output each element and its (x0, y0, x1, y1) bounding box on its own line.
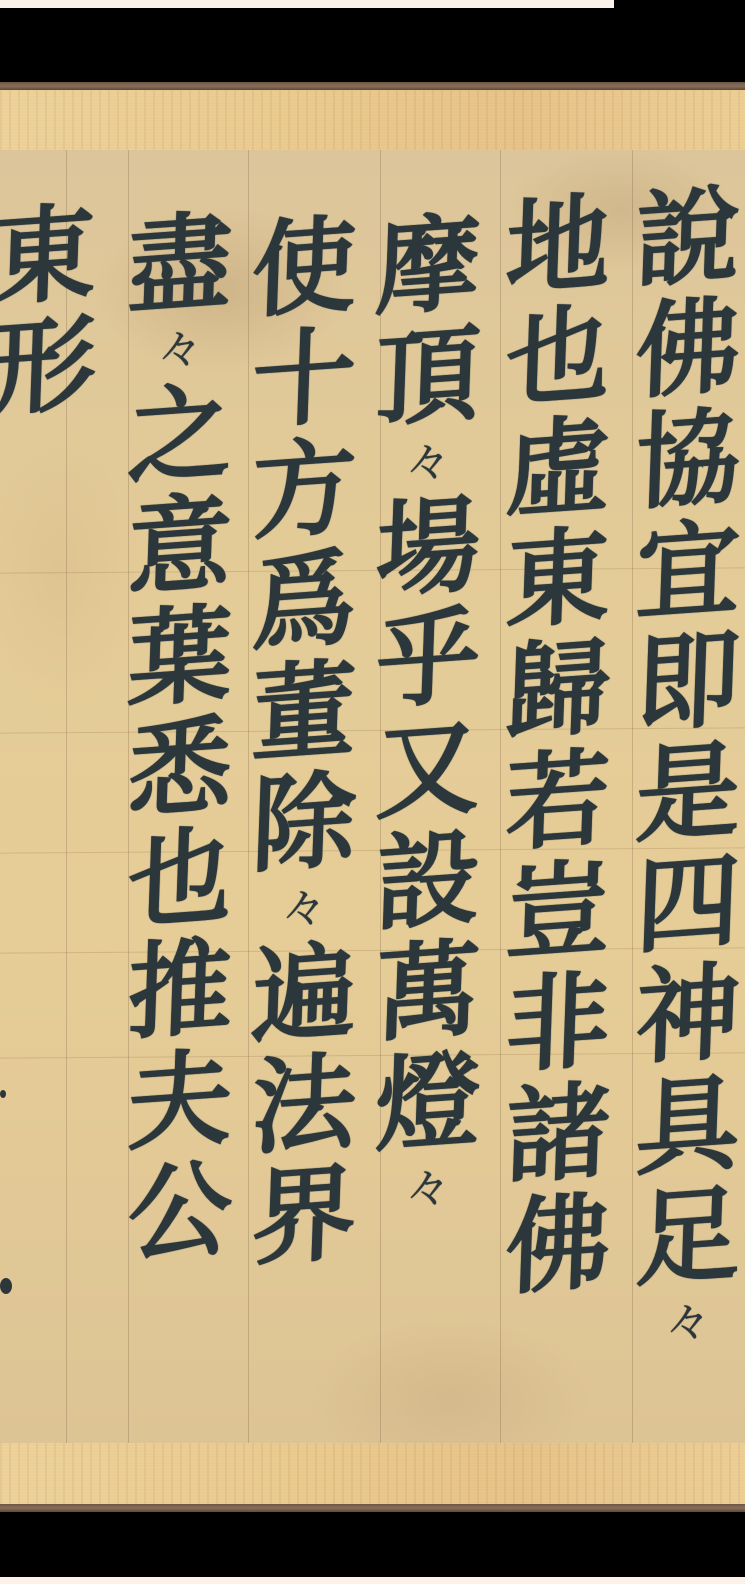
glyph: 乎 (374, 599, 482, 718)
paper-crease (0, 1052, 745, 1058)
glyph: 即 (634, 622, 742, 741)
glyph: 也 (126, 819, 234, 938)
glyph: 足 (634, 1177, 742, 1296)
calligraphy-column-6: 東 形 (0, 200, 96, 422)
glyph: 之 (126, 375, 234, 494)
glyph: 盡 (126, 204, 234, 323)
calligraphy-column-4: 使 十 方 爲 董 除 々 遍 法 界 (252, 212, 356, 1271)
glyph: 也 (504, 297, 612, 416)
glyph: 宜 (634, 511, 742, 630)
glyph: 葉 (126, 597, 234, 716)
glyph: 爲 (250, 541, 358, 660)
glyph: 神 (634, 955, 742, 1074)
glyph: 意 (126, 486, 234, 605)
glyph: 董 (250, 652, 358, 771)
glyph: 除 (250, 763, 358, 882)
column-ruling-line (632, 150, 633, 1443)
column-ruling-line (500, 150, 501, 1443)
glyph: 方 (250, 430, 358, 549)
glyph: 形 (0, 307, 98, 426)
glyph: 設 (374, 821, 482, 940)
repeat-mark-glyph: 々 (404, 1156, 452, 1220)
glyph: 燈 (374, 1043, 482, 1162)
glyph: 協 (634, 400, 742, 519)
calligraphy-column-2: 地 也 虛 東 歸 若 豈 非 諸 佛 (506, 190, 610, 1300)
glyph: 具 (634, 1066, 742, 1185)
glyph: 法 (250, 1045, 358, 1164)
glyph: 地 (504, 186, 612, 305)
glyph: 非 (504, 963, 612, 1082)
glyph: 公 (126, 1152, 234, 1271)
glyph: 是 (634, 733, 742, 852)
scroll-bottom-edge (0, 1504, 745, 1512)
calligraphy-column-3: 摩 頂 々 場 乎 又 設 萬 燈 々 (376, 210, 480, 1218)
glyph: 推 (126, 930, 234, 1049)
glyph: 豈 (504, 852, 612, 971)
glyph: 東 (0, 196, 98, 315)
glyph: 佛 (634, 289, 742, 408)
paper-crease (0, 727, 745, 733)
glyph: 頂 (374, 317, 482, 436)
calligraphy-paper: 說 佛 協 宜 即 是 四 神 具 足 々 地 也 虛 東 歸 若 豈 非 諸 … (0, 150, 745, 1443)
glyph: 使 (250, 208, 358, 327)
calligraphy-column-1: 說 佛 協 宜 即 是 四 神 具 足 々 (636, 182, 740, 1352)
glyph: 遍 (250, 934, 358, 1053)
scroll-top-edge (0, 82, 745, 90)
column-ruling-line (248, 150, 249, 1443)
paper-crease (0, 567, 745, 573)
glyph: 若 (504, 741, 612, 860)
glyph: 萬 (374, 932, 482, 1051)
bottom-light-strip (0, 1577, 745, 1584)
ink-fragment (0, 1090, 6, 1098)
glyph: 佛 (504, 1185, 612, 1304)
glyph: 四 (634, 844, 742, 963)
repeat-mark-glyph: 々 (664, 1290, 712, 1354)
glyph: 場 (374, 488, 482, 607)
silk-mount-bottom (0, 1443, 745, 1504)
handscroll: 說 佛 協 宜 即 是 四 神 具 足 々 地 也 虛 東 歸 若 豈 非 諸 … (0, 82, 745, 1512)
top-light-strip (0, 0, 614, 8)
glyph: 說 (634, 178, 742, 297)
glyph: 摩 (374, 206, 482, 325)
glyph: 諸 (504, 1074, 612, 1193)
glyph: 又 (374, 710, 482, 829)
glyph: 悉 (126, 708, 234, 827)
glyph: 虛 (504, 408, 612, 527)
paper-crease (0, 947, 745, 953)
glyph: 十 (250, 319, 358, 438)
glyph: 夫 (126, 1041, 234, 1160)
calligraphy-column-5: 盡 々 之 意 葉 悉 也 推 夫 公 (128, 208, 232, 1267)
glyph: 歸 (504, 630, 612, 749)
ink-fragment (0, 1278, 12, 1294)
silk-mount-top (0, 90, 745, 150)
glyph: 界 (250, 1156, 358, 1275)
glyph: 東 (504, 519, 612, 638)
